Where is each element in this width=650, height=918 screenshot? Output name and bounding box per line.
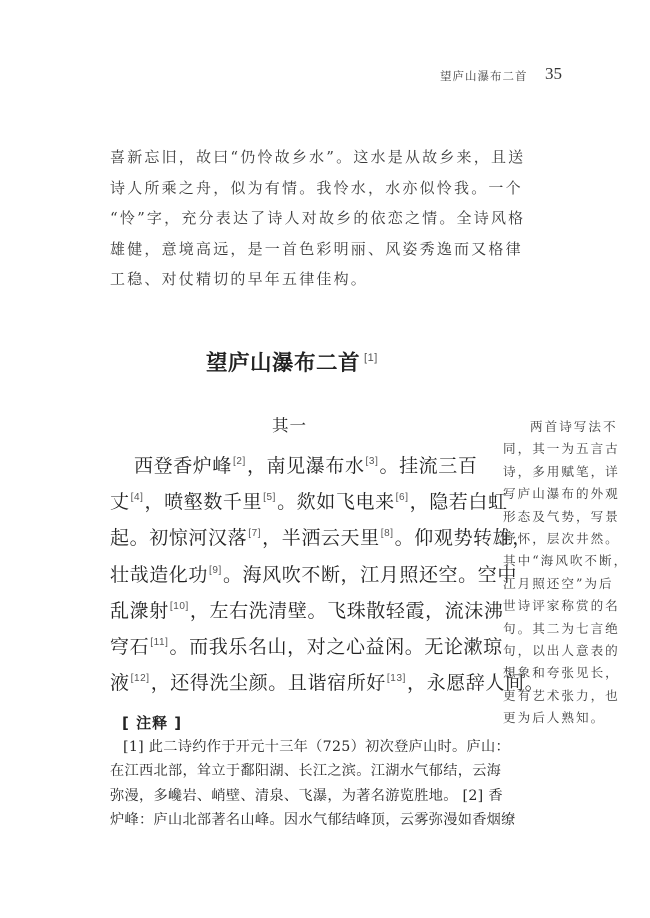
sidebar-line: 其中“海风吹不断，: [503, 550, 643, 572]
commentary-line: 喜新忘旧，故曰“仍怜故乡水”。这水是从故乡来，且送: [110, 142, 482, 173]
sidebar-line: 诗，多用赋笔，详: [503, 461, 643, 483]
sidebar-line: 写庐山瀑布的外观: [503, 483, 643, 505]
sidebar-annotation: 两首诗写法不 同，其一为五言古 诗，多用赋笔，详 写庐山瀑布的外观 形态及气势，…: [503, 416, 643, 730]
footnote-ref: [11]: [150, 637, 168, 648]
running-head-title: 望庐山瀑布二首: [440, 68, 528, 84]
poem-subtitle: 其一: [272, 412, 307, 436]
poem-text: 。挂流三百: [379, 455, 477, 477]
commentary-paragraph: 喜新忘旧，故曰“仍怜故乡水”。这水是从故乡来，且送 诗人所乘之舟，似为有情。我怜…: [110, 142, 482, 295]
poem-line: 液[12]，还得洗尘颜。且谐宿所好[13]，永愿辞人间。: [110, 663, 490, 699]
poem-text: 壮哉造化功: [110, 564, 208, 586]
sidebar-line: 想象和夸张见长，: [503, 662, 643, 684]
footnote-ref: [6]: [396, 492, 409, 503]
note-line: 弥漫，多巉岩、峭壁、清泉、飞瀑，为著名游览胜地。 [2] 香: [110, 784, 488, 808]
notes-section: [1] 此二诗约作于开元十三年（725）初次登庐山时。庐山： 在江西北部，耸立于…: [110, 735, 488, 832]
poem-text: ，半洒云天里: [262, 527, 380, 549]
sidebar-line: 形态及气势，写景: [503, 506, 643, 528]
poem-line: 穹石[11]。而我乐名山，对之心益闲。无论漱琼: [110, 627, 490, 663]
poem-text: 起。初惊河汉落: [110, 527, 247, 549]
poem-title: 望庐山瀑布二首[1]: [206, 346, 378, 377]
sidebar-line: 抒怀，层次井然。: [503, 528, 643, 550]
poem-text: 丈: [110, 491, 130, 513]
note-line: [1] 此二诗约作于开元十三年（725）初次登庐山时。庐山：: [110, 735, 488, 759]
sidebar-line: 更为后人熟知。: [503, 707, 643, 729]
notes-heading: [ 注释 ]: [122, 712, 182, 733]
footnote-ref: [7]: [248, 528, 261, 539]
poem-text: 乱潨射: [110, 600, 169, 622]
poem-title-text: 望庐山瀑布二首: [206, 351, 360, 376]
poem-text: 西登香炉峰: [134, 455, 232, 477]
poem-text: 。海风吹不断，江月照还空。空中: [223, 564, 517, 586]
footnote-ref: [10]: [170, 601, 189, 612]
footnote-ref: [8]: [381, 528, 394, 539]
footnote-ref: [5]: [263, 492, 276, 503]
footnote-ref: [1]: [364, 352, 378, 364]
poem-text: ，隐若白虹: [410, 491, 508, 513]
poem-body: 西登香炉峰[2]，南见瀑布水[3]。挂流三百丈[4]，喷壑数千里[5]。欻如飞电…: [110, 446, 490, 699]
poem-line: 壮哉造化功[9]。海风吹不断，江月照还空。空中: [110, 555, 490, 591]
sidebar-line: 句。其二为七言绝: [503, 618, 643, 640]
commentary-line: 雄健，意境高远，是一首色彩明丽、风姿秀逸而又格律: [110, 234, 482, 265]
poem-text: ，左右洗清壁。飞珠散轻霞，流沫沸: [190, 600, 504, 622]
poem-text: ，喷壑数千里: [145, 491, 263, 513]
sidebar-line: 两首诗写法不: [503, 416, 643, 438]
sidebar-line: 同，其一为五言古: [503, 438, 643, 460]
note-line: 在江西北部，耸立于鄱阳湖、长江之滨。江湖水气郁结，云海: [110, 759, 488, 783]
poem-line: 乱潨射[10]，左右洗清壁。飞珠散轻霞，流沫沸: [110, 591, 490, 627]
sidebar-line: 句，以出人意表的: [503, 640, 643, 662]
footnote-ref: [13]: [387, 673, 406, 684]
poem-line: 西登香炉峰[2]，南见瀑布水[3]。挂流三百: [110, 446, 490, 482]
commentary-line: 工稳、对仗精切的早年五律佳构。: [110, 264, 482, 295]
poem-text: ，还得洗尘颜。且谐宿所好: [151, 672, 386, 694]
poem-line: 起。初惊河汉落[7]，半洒云天里[8]。仰观势转雄，: [110, 518, 490, 554]
sidebar-line: 世诗评家称赏的名: [503, 595, 643, 617]
commentary-line: “怜”字，充分表达了诗人对故乡的依恋之情。全诗风格: [110, 203, 482, 234]
poem-text: 。而我乐名山，对之心益闲。无论漱琼: [170, 636, 503, 658]
footnote-ref: [12]: [131, 673, 150, 684]
poem-text: 穹石: [110, 636, 149, 658]
sidebar-line: 更有艺术张力，也: [503, 685, 643, 707]
poem-text: 。欻如飞电来: [277, 491, 395, 513]
footnote-ref: [2]: [233, 456, 246, 467]
poem-text: ，南见瀑布水: [247, 455, 365, 477]
commentary-line: 诗人所乘之舟，似为有情。我怜水，水亦似怜我。一个: [110, 173, 482, 204]
footnote-ref: [4]: [131, 492, 144, 503]
footnote-ref: [3]: [366, 456, 379, 467]
page-number: 35: [545, 64, 562, 84]
poem-line: 丈[4]，喷壑数千里[5]。欻如飞电来[6]，隐若白虹: [110, 482, 490, 518]
footnote-ref: [9]: [209, 565, 222, 576]
note-line: 炉峰：庐山北部著名山峰。因水气郁结峰顶，云雾弥漫如香烟缭: [110, 808, 488, 832]
sidebar-line: 江月照还空”为后: [503, 573, 643, 595]
poem-text: 液: [110, 672, 130, 694]
